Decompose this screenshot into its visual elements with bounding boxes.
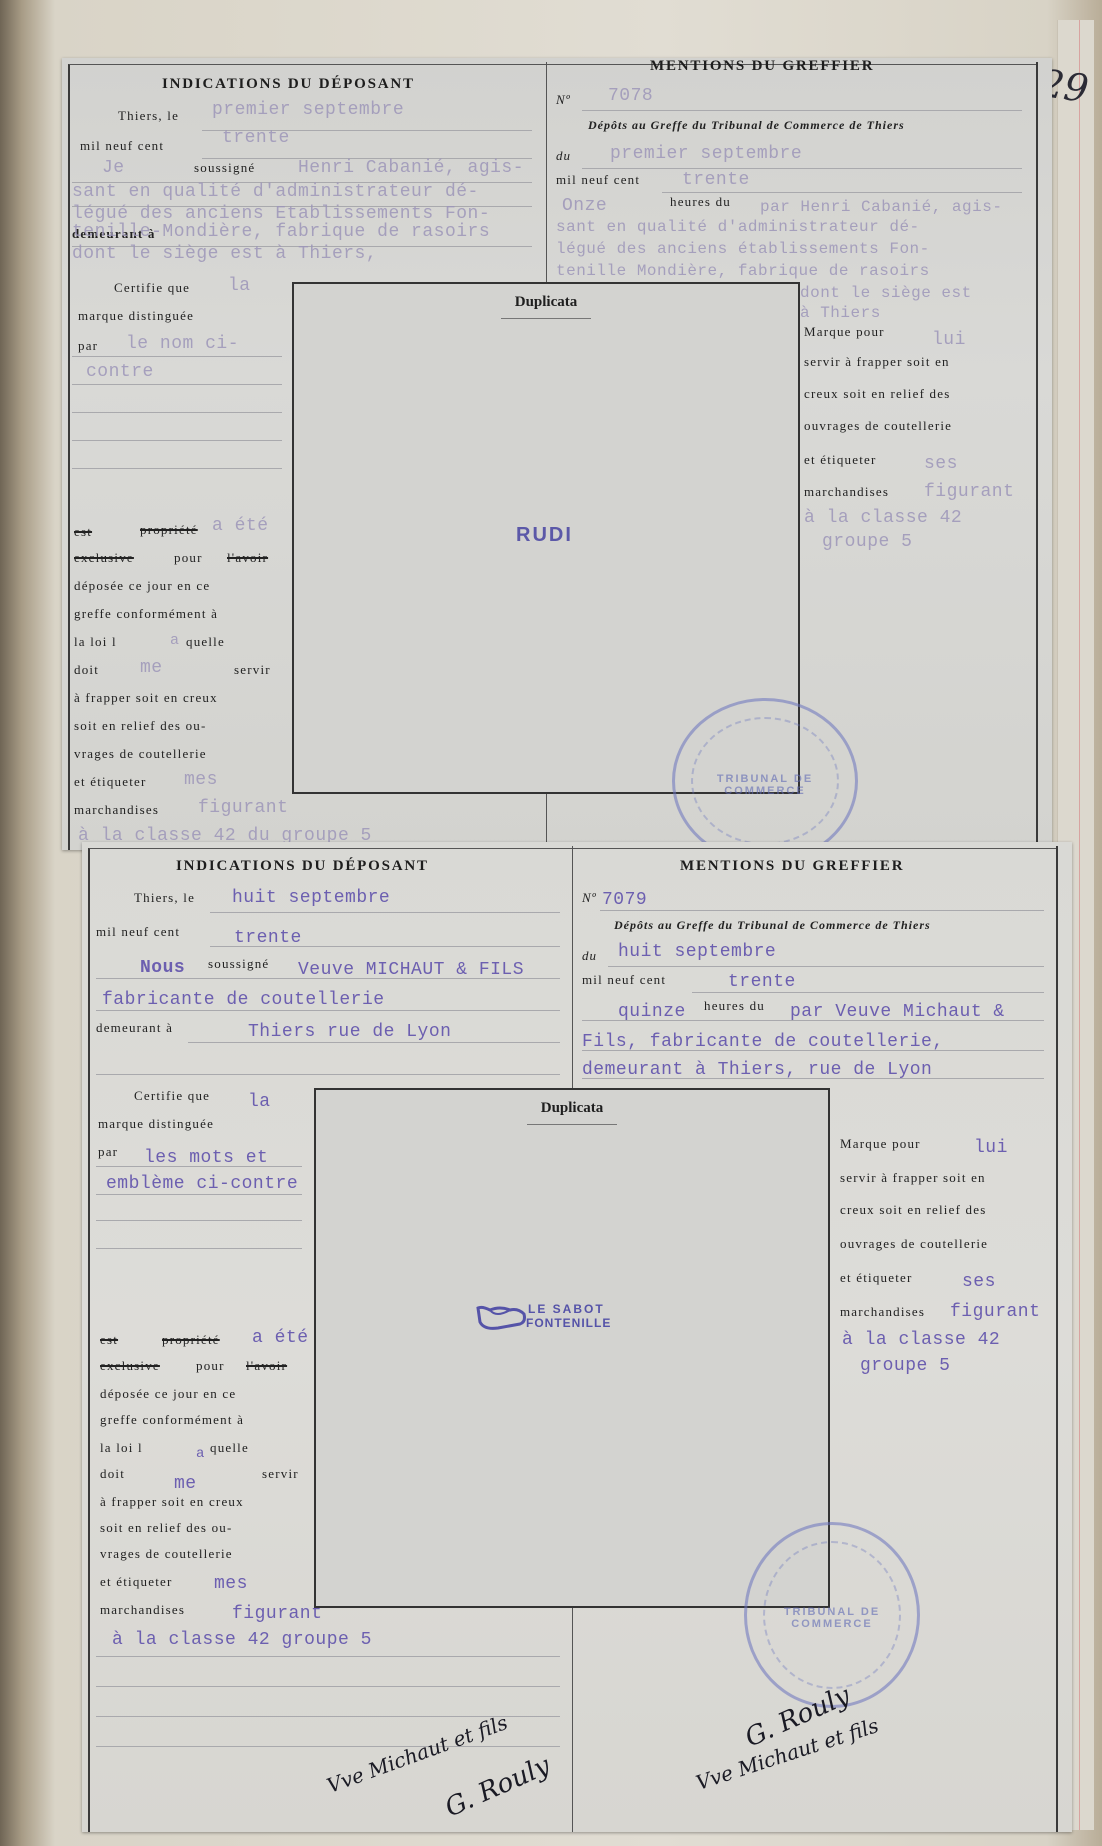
depositant-name-line-2: fabricante de coutellerie (102, 990, 385, 1010)
line (582, 110, 1022, 111)
a-letter: a (196, 1446, 205, 1462)
ses-value: ses (962, 1272, 996, 1292)
label-greffe-conformement: greffe conformément à (100, 1412, 244, 1428)
greffier-par-line-2: sant en qualité d'administrateur dé- (556, 218, 920, 236)
depositant-year: trente (222, 128, 290, 148)
certifie-value: la (228, 276, 251, 296)
depositant-address: Thiers rue de Lyon (248, 1022, 451, 1042)
line (210, 912, 560, 913)
label-no: Nº (582, 890, 597, 906)
margin-rule (1079, 20, 1080, 1830)
label-no: Nº (556, 92, 571, 108)
label-pour: pour (196, 1358, 225, 1374)
par-line-1: le nom ci- (126, 334, 239, 354)
tribunal-seal: TRIBUNAL DE COMMERCE (744, 1522, 920, 1708)
label-et-etiqueter: et étiqueter (840, 1270, 913, 1286)
label-par: par (78, 338, 98, 354)
line (72, 356, 282, 357)
label-greffe-conformement: greffe conformément à (74, 606, 218, 622)
line (582, 168, 1022, 169)
a-ete-value: a été (252, 1328, 309, 1348)
depositant-header: INDICATIONS DU DÉPOSANT (176, 858, 429, 875)
trademark-rudi: RUDI (516, 524, 573, 547)
line (72, 440, 282, 441)
depositant-pronoun: Nous (140, 958, 185, 978)
label-vrages: vrages de coutellerie (100, 1546, 233, 1562)
label-creux-relief: creux soit en relief des (804, 386, 950, 402)
seal-text: TRIBUNAL DE COMMERCE (747, 1606, 917, 1630)
duplicata-underline (501, 318, 591, 319)
label-lavoir-struck: l'avoir (246, 1358, 287, 1374)
duplicata-box: Duplicata LE SABOT FONTENILLE (314, 1088, 830, 1608)
depositant-name-line-4: tenille-Mondière, fabrique de rasoirs (72, 222, 490, 242)
mes-value: mes (214, 1574, 248, 1594)
greffier-classe: à la classe 42 (842, 1330, 1000, 1350)
label-vrages: vrages de coutellerie (74, 746, 207, 762)
label-thiers-le: Thiers, le (134, 890, 195, 906)
greffier-header: MENTIONS DU GREFFIER (650, 58, 874, 75)
line (600, 910, 1044, 911)
registration-form-7078: INDICATIONS DU DÉPOSANT Thiers, le premi… (62, 58, 1052, 850)
label-est-struck: est (74, 524, 92, 540)
label-par: par (98, 1144, 118, 1160)
greffier-number: 7078 (608, 86, 653, 106)
greffier-par-line-2: Fils, fabricante de coutellerie, (582, 1032, 944, 1052)
line (72, 412, 282, 413)
duplicata-underline (527, 1124, 617, 1125)
form-right-border (1056, 846, 1058, 1832)
label-servir: servir (234, 662, 271, 678)
label-marque-pour: Marque pour (804, 324, 885, 340)
label-depots: Dépôts au Greffe du Tribunal de Commerce… (614, 918, 931, 933)
greffier-par-line-3: demeurant à Thiers, rue de Lyon (582, 1060, 932, 1080)
label-marchandises: marchandises (74, 802, 159, 818)
line (582, 1050, 1044, 1051)
label-marque-pour: Marque pour (840, 1136, 921, 1152)
depositant-name-line-5: dont le siège est à Thiers, (72, 244, 377, 264)
line (96, 1166, 302, 1167)
line (96, 1746, 560, 1747)
label-du: du (556, 148, 571, 164)
label-certifie-que: Certifie que (114, 280, 190, 296)
label-marchandises: marchandises (100, 1602, 185, 1618)
label-soussigne: soussigné (194, 160, 255, 176)
mes-value: mes (184, 770, 218, 790)
label-marchandises: marchandises (840, 1304, 925, 1320)
duplicata-title: Duplicata (316, 1100, 828, 1117)
greffier-header: MENTIONS DU GREFFIER (680, 858, 904, 875)
label-exclusive-struck: exclusive (74, 550, 134, 566)
greffier-par-line-6: à Thiers (800, 304, 881, 322)
greffier-figurant: figurant (924, 482, 1014, 502)
label-frapper-creux: à frapper soit en creux (74, 690, 218, 706)
label-marchandises: marchandises (804, 484, 889, 500)
greffier-date: premier septembre (610, 144, 802, 164)
par-line-2: contre (86, 362, 154, 382)
greffier-groupe: groupe 5 (860, 1356, 950, 1376)
label-quelle: quelle (210, 1440, 249, 1456)
greffier-heure: quinze (618, 1002, 686, 1022)
lui-value: lui (932, 330, 966, 350)
figurant-value: figurant (232, 1604, 322, 1624)
label-marque-distinguee: marque distinguée (78, 308, 194, 324)
figurant-value: figurant (198, 798, 288, 818)
form-right-border (1036, 62, 1038, 852)
label-et-etiqueter: et étiqueter (100, 1574, 173, 1590)
me-value: me (140, 658, 163, 678)
label-quelle: quelle (186, 634, 225, 650)
line (608, 966, 1044, 967)
tribunal-seal: TRIBUNAL DE COMMERCE (672, 698, 858, 864)
line (582, 1078, 1044, 1079)
label-depots: Dépôts au Greffe du Tribunal de Commerce… (588, 118, 905, 133)
certifie-value: la (248, 1092, 271, 1112)
greffier-number: 7079 (602, 890, 647, 910)
greffier-date: huit septembre (618, 942, 776, 962)
label-certifie-que: Certifie que (134, 1088, 210, 1104)
label-doit: doit (74, 662, 99, 678)
greffier-figurant: figurant (950, 1302, 1040, 1322)
line (96, 1074, 560, 1075)
depositant-name-line-2: sant en qualité d'administrateur dé- (72, 182, 479, 202)
greffier-par-line-4: tenille Mondière, fabrique de rasoirs (556, 262, 930, 280)
seal-text: TRIBUNAL DE COMMERCE (675, 773, 855, 797)
line (96, 1194, 302, 1195)
greffier-classe: à la classe 42 (804, 508, 962, 528)
trademark-line-2: FONTENILLE (526, 1316, 611, 1330)
label-deposee: déposée ce jour en ce (74, 578, 210, 594)
line (96, 1010, 560, 1011)
depositant-name-line-3: légué des anciens Etablissements Fon- (72, 204, 490, 224)
ses-value: ses (924, 454, 958, 474)
label-la-loi: la loi l (74, 634, 117, 650)
label-du: du (582, 948, 597, 964)
sabot-clog-icon (476, 1304, 528, 1332)
label-servir: servir (262, 1466, 299, 1482)
greffier-par-line-1: par Veuve Michaut & (790, 1002, 1005, 1022)
label-exclusive-struck: exclusive (100, 1358, 160, 1374)
duplicata-title: Duplicata (294, 294, 798, 311)
label-heures-du: heures du (670, 194, 731, 210)
label-est-struck: est (100, 1332, 118, 1348)
me-value: me (174, 1474, 197, 1494)
lui-value: lui (974, 1138, 1008, 1158)
registration-form-7079: INDICATIONS DU DÉPOSANT Thiers, le huit … (82, 842, 1072, 1832)
greffier-groupe: groupe 5 (822, 532, 912, 552)
trademark-line-1: LE SABOT (528, 1302, 605, 1316)
par-line-1: les mots et (144, 1148, 268, 1168)
line (188, 1042, 560, 1043)
greffier-par-line-1: par Henri Cabanié, agis- (760, 198, 1002, 216)
depositant-date: huit septembre (232, 888, 390, 908)
label-deposee: déposée ce jour en ce (100, 1386, 236, 1402)
depositant-name-line-1: Veuve MICHAUT & FILS (298, 960, 524, 980)
label-doit: doit (100, 1466, 125, 1482)
par-line-2: emblème ci-contre (106, 1174, 298, 1194)
label-heures-du: heures du (704, 998, 765, 1014)
label-thiers-le: Thiers, le (118, 108, 179, 124)
greffier-heure: Onze (562, 196, 607, 216)
depositant-date: premier septembre (212, 100, 404, 120)
depositant-year: trente (234, 928, 302, 948)
label-soussigne: soussigné (208, 956, 269, 972)
greffier-par-line-5: dont le siège est (800, 284, 972, 302)
line (662, 192, 1022, 193)
label-mil-neuf-cent: mil neuf cent (582, 972, 666, 988)
line (96, 1656, 560, 1657)
a-letter: a (170, 632, 180, 649)
label-pour: pour (174, 550, 203, 566)
a-ete-value: a été (212, 516, 269, 536)
label-mil-neuf-cent: mil neuf cent (80, 138, 164, 154)
depositant-name-line-1: Henri Cabanié, agis- (298, 158, 524, 178)
label-creux-relief: creux soit en relief des (840, 1202, 986, 1218)
label-soit-relief: soit en relief des ou- (74, 718, 207, 734)
line (96, 1248, 302, 1249)
label-servir-frapper: servir à frapper soit en (804, 354, 950, 370)
label-propriete-struck: propriété (162, 1332, 220, 1348)
label-ouvrages: ouvrages de coutellerie (804, 418, 952, 434)
label-et-etiqueter: et étiqueter (804, 452, 877, 468)
label-soit-relief: soit en relief des ou- (100, 1520, 233, 1536)
label-demeurant-a: demeurant à (96, 1020, 173, 1036)
depositant-header: INDICATIONS DU DÉPOSANT (162, 76, 415, 93)
label-propriete-struck: propriété (140, 522, 198, 538)
line (96, 1686, 560, 1687)
greffier-year: trente (728, 972, 796, 992)
greffier-par-line-3: légué des anciens établissements Fon- (556, 240, 930, 258)
label-mil-neuf-cent: mil neuf cent (96, 924, 180, 940)
label-marque-distinguee: marque distinguée (98, 1116, 214, 1132)
greffier-year: trente (682, 170, 750, 190)
line (72, 468, 282, 469)
line (96, 1220, 302, 1221)
line (692, 992, 1044, 993)
label-lavoir-struck: l'avoir (227, 550, 268, 566)
label-mil-neuf-cent: mil neuf cent (556, 172, 640, 188)
label-la-loi: la loi l (100, 1440, 143, 1456)
label-frapper-creux: à frapper soit en creux (100, 1494, 244, 1510)
classe-value: à la classe 42 groupe 5 (112, 1630, 372, 1650)
line (72, 384, 282, 385)
label-ouvrages: ouvrages de coutellerie (840, 1236, 988, 1252)
label-servir-frapper: servir à frapper soit en (840, 1170, 986, 1186)
depositant-pronoun: Je (102, 158, 125, 178)
label-et-etiqueter: et étiqueter (74, 774, 147, 790)
